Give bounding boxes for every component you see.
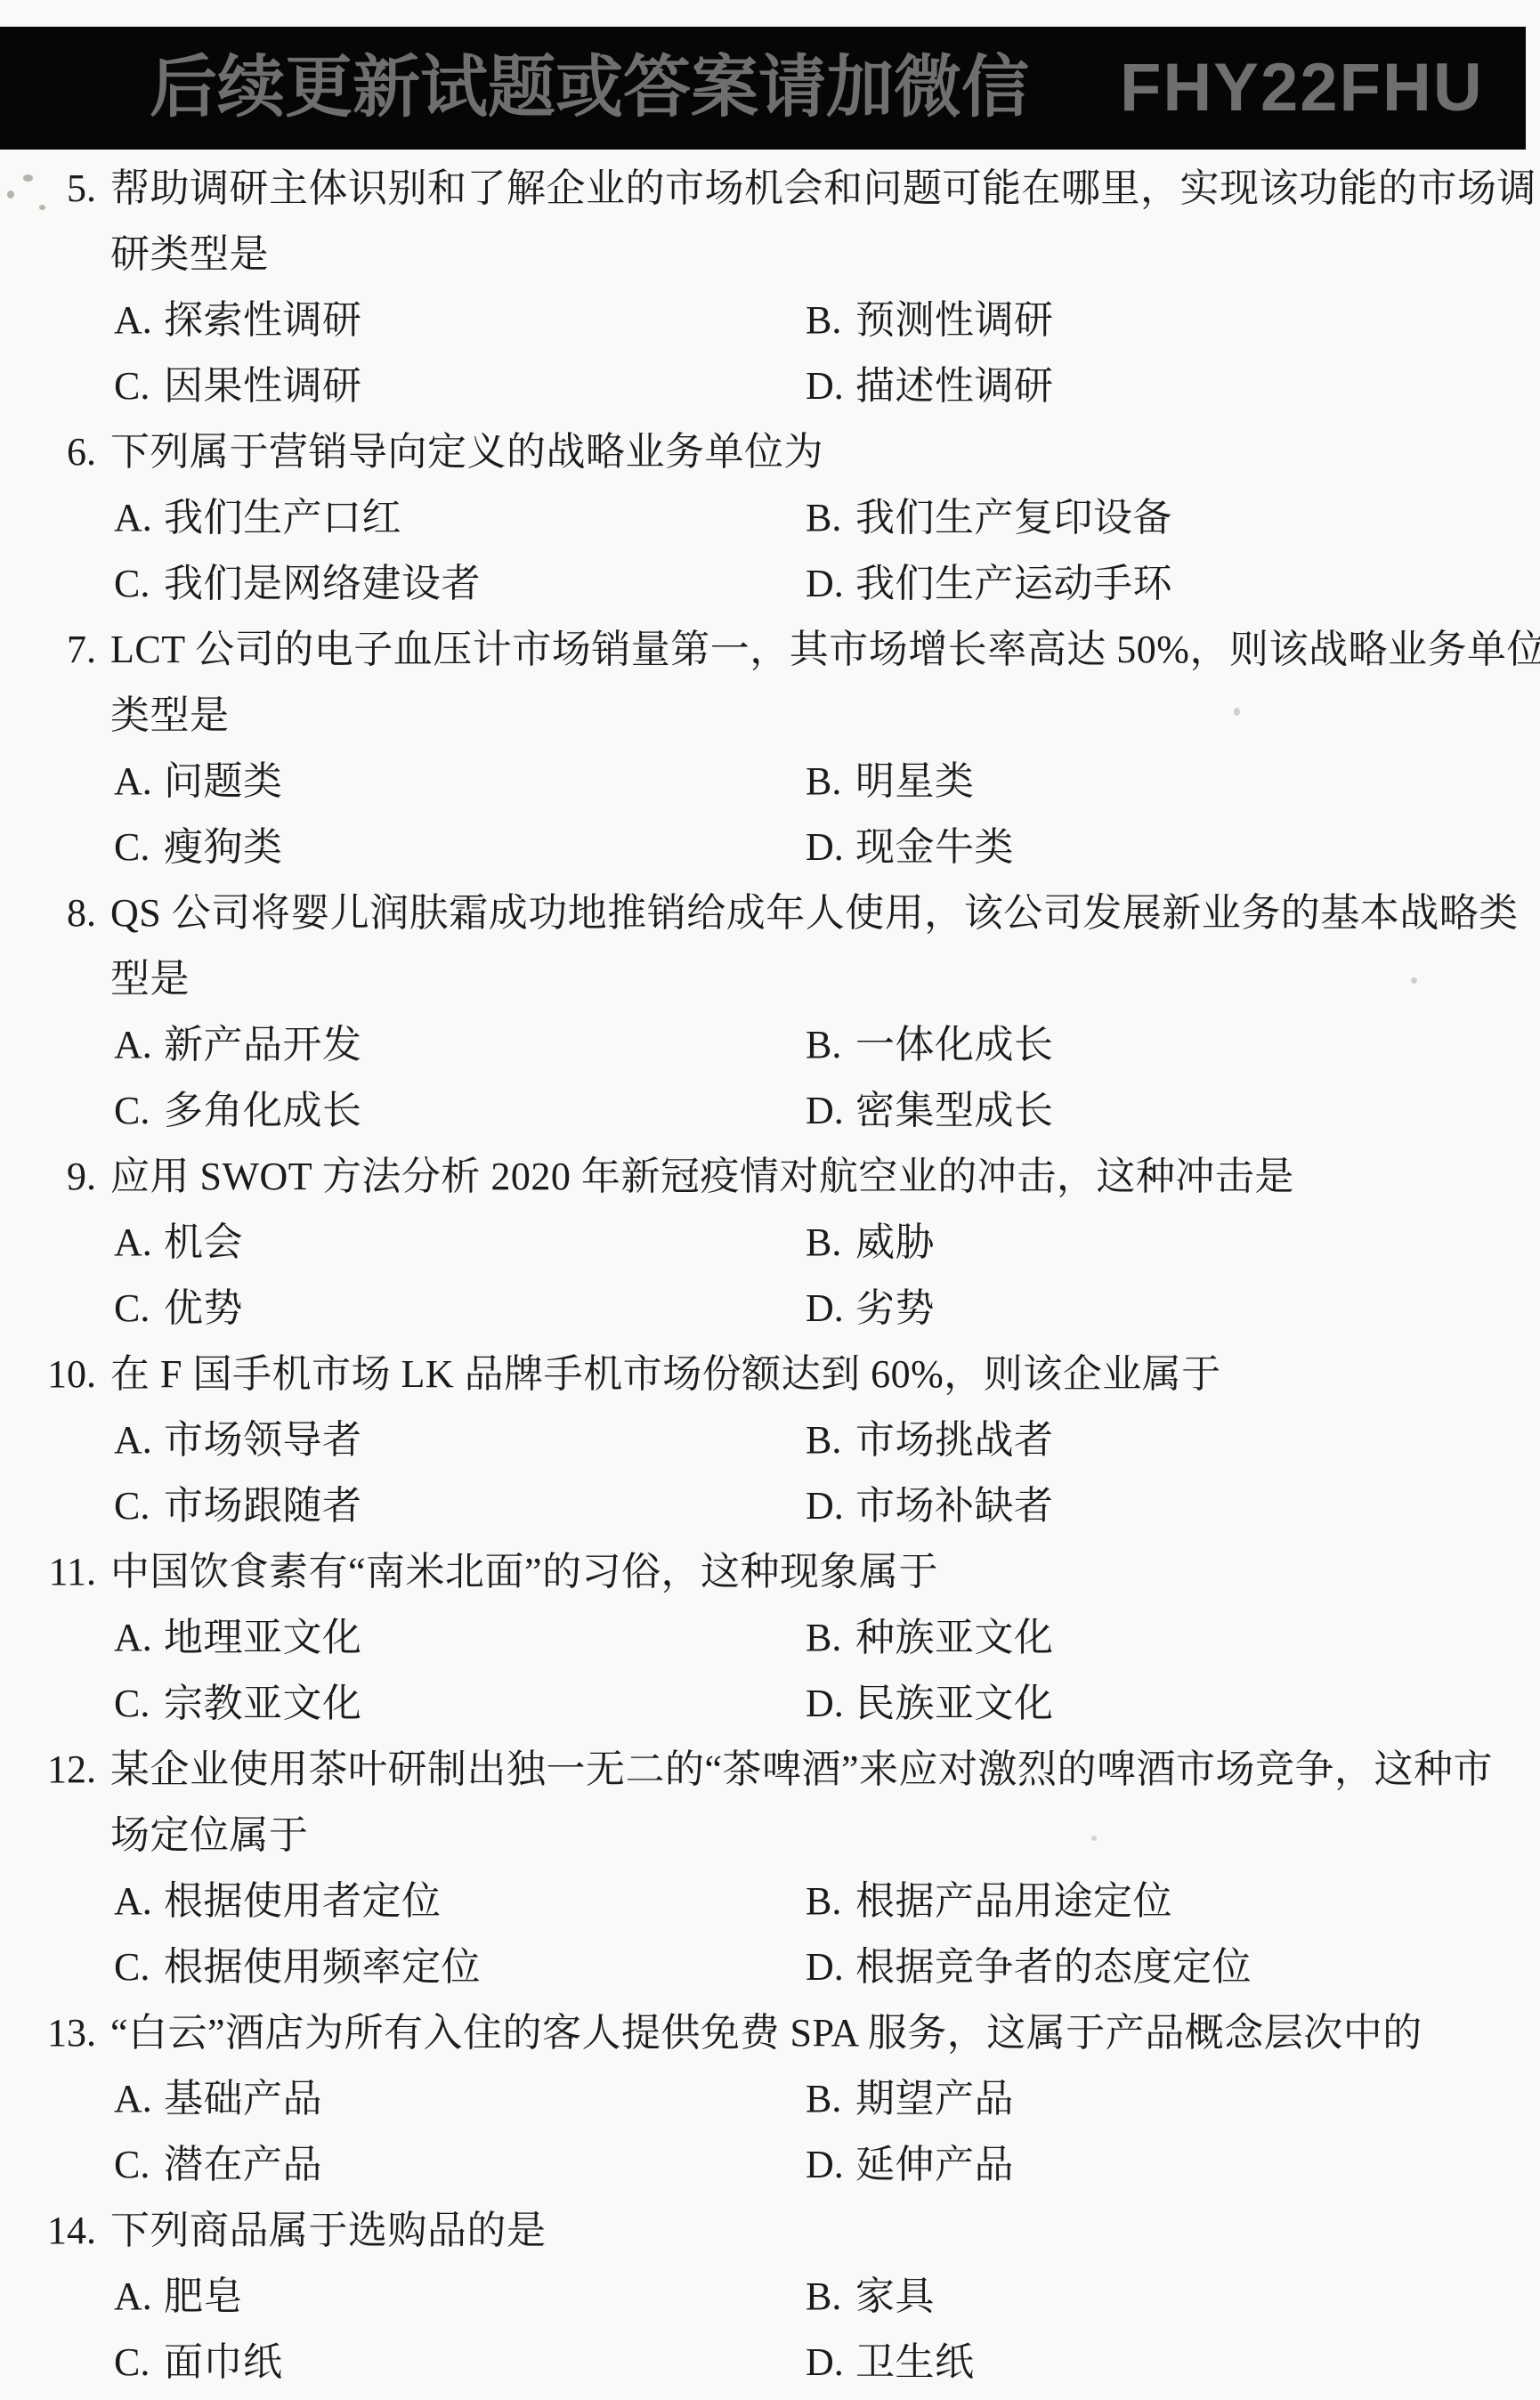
- option-label: A.: [114, 1407, 164, 1473]
- question-stem-continuation: 研类型是: [0, 222, 1540, 288]
- question-stem: 某企业使用茶叶研制出独一无二的“茶啤酒”来应对激烈的啤酒市场竞争，这种市: [110, 1737, 1493, 1803]
- option: B.我们生产复印设备: [806, 485, 1172, 551]
- option: C.潜在产品: [114, 2132, 322, 2198]
- option: C.我们是网络建设者: [114, 551, 481, 617]
- exam-question: 12.某企业使用茶叶研制出独一无二的“茶啤酒”来应对激烈的啤酒市场竞争，这种市场…: [0, 1737, 1540, 2000]
- option-text: 密集型成长: [855, 1078, 1054, 1144]
- option-label: D.: [806, 1276, 855, 1342]
- option-label: C.: [114, 815, 164, 880]
- option-label: D.: [806, 1078, 855, 1144]
- option-label: C.: [114, 1934, 164, 2000]
- option-row: C.优势D.劣势: [0, 1276, 1540, 1342]
- option-label: A.: [114, 1869, 164, 1934]
- option-label: B.: [806, 1605, 855, 1671]
- option-text: 延伸产品: [855, 2132, 1014, 2198]
- option-row: A.市场领导者B.市场挑战者: [0, 1407, 1540, 1473]
- option: D.我们生产运动手环: [806, 551, 1172, 617]
- option-label: C.: [114, 1473, 164, 1539]
- question-stem: 类型是: [110, 683, 230, 749]
- watermark-notice: 后续更新试题或答案请加微信: [150, 27, 1029, 150]
- question-number: 13.: [0, 2000, 96, 2066]
- option-text: 我们是网络建设者: [164, 551, 481, 617]
- option-label: A.: [114, 1012, 164, 1078]
- option-text: 根据使用者定位: [164, 1869, 442, 1934]
- option-label: C.: [114, 2132, 164, 2198]
- scan-artifact: [1091, 1836, 1097, 1841]
- option-label: C.: [114, 1276, 164, 1342]
- exam-question: 9.应用 SWOT 方法分析 2020 年新冠疫情对航空业的冲击，这种冲击是A.…: [0, 1144, 1540, 1342]
- option: B.期望产品: [806, 2066, 1014, 2132]
- option-row: A.我们生产口红B.我们生产复印设备: [0, 485, 1540, 551]
- option-text: 我们生产复印设备: [855, 485, 1172, 551]
- option-label: B.: [806, 1012, 855, 1078]
- option-text: 民族亚文化: [855, 1671, 1054, 1737]
- exam-question: 5.帮助调研主体识别和了解企业的市场机会和问题可能在哪里，实现该功能的市场调研类…: [0, 156, 1540, 419]
- option-text: 我们生产运动手环: [855, 551, 1172, 617]
- option: B.种族亚文化: [806, 1605, 1054, 1671]
- option-row: C.潜在产品D.延伸产品: [0, 2132, 1540, 2198]
- question-stem-row: 11.中国饮食素有“南米北面”的习俗，这种现象属于: [0, 1539, 1540, 1605]
- exam-question: 10.在 F 国手机市场 LK 品牌手机市场份额达到 60%，则该企业属于A.市…: [0, 1342, 1540, 1539]
- question-number: 9.: [0, 1144, 96, 1210]
- option-text: 多角化成长: [164, 1078, 362, 1144]
- option: B.根据产品用途定位: [806, 1869, 1172, 1934]
- option-text: 市场跟随者: [164, 1473, 362, 1539]
- option: B.家具: [806, 2264, 935, 2330]
- option-text: 期望产品: [855, 2066, 1014, 2132]
- option-label: D.: [806, 1473, 855, 1539]
- option: A.我们生产口红: [114, 485, 401, 551]
- option-text: 基础产品: [164, 2066, 322, 2132]
- option: A.基础产品: [114, 2066, 322, 2132]
- option-label: B.: [806, 749, 855, 815]
- option: D.描述性调研: [806, 353, 1054, 419]
- option: A.肥皂: [114, 2264, 243, 2330]
- option-label: B.: [806, 1869, 855, 1934]
- option-row: A.机会B.威胁: [0, 1210, 1540, 1276]
- exam-page: 后续更新试题或答案请加微信 FHY22FHU 5.帮助调研主体识别和了解企业的市…: [0, 0, 1540, 2400]
- option-row: C.我们是网络建设者D.我们生产运动手环: [0, 551, 1540, 617]
- option: A.新产品开发: [114, 1012, 362, 1078]
- option-text: 宗教亚文化: [164, 1671, 362, 1737]
- option-label: D.: [806, 2132, 855, 2198]
- option-text: 劣势: [855, 1276, 935, 1342]
- option-text: 问题类: [164, 749, 283, 815]
- option-label: D.: [806, 1671, 855, 1737]
- question-stem: 型是: [110, 946, 190, 1012]
- wechat-code: FHY22FHU: [1120, 27, 1484, 150]
- exam-question: 11.中国饮食素有“南米北面”的习俗，这种现象属于A.地理亚文化B.种族亚文化C…: [0, 1539, 1540, 1737]
- scan-artifact: [1411, 977, 1417, 984]
- option: B.一体化成长: [806, 1012, 1054, 1078]
- option: B.预测性调研: [806, 288, 1054, 353]
- option-text: 预测性调研: [855, 288, 1054, 353]
- option-text: 现金牛类: [855, 815, 1014, 880]
- option-label: A.: [114, 288, 164, 353]
- option-row: A.基础产品B.期望产品: [0, 2066, 1540, 2132]
- option-text: 根据使用频率定位: [164, 1934, 481, 2000]
- option-text: 潜在产品: [164, 2132, 322, 2198]
- option-text: 市场补缺者: [855, 1473, 1054, 1539]
- option-text: 面巾纸: [164, 2330, 283, 2396]
- option-text: 新产品开发: [164, 1012, 362, 1078]
- question-stem-row: 7.LCT 公司的电子血压计市场销量第一，其市场增长率高达 50%，则该战略业务…: [0, 617, 1540, 683]
- option-text: 家具: [855, 2264, 935, 2330]
- question-stem-continuation: 类型是: [0, 683, 1540, 749]
- option-label: A.: [114, 749, 164, 815]
- exam-question: 14.下列商品属于选购品的是A.肥皂B.家具C.面巾纸D.卫生纸: [0, 2198, 1540, 2396]
- option: A.地理亚文化: [114, 1605, 362, 1671]
- watermark-banner: 后续更新试题或答案请加微信 FHY22FHU: [0, 27, 1526, 150]
- option-text: 描述性调研: [855, 353, 1054, 419]
- question-stem-row: 13.“白云”酒店为所有入住的客人提供免费 SPA 服务，这属于产品概念层次中的: [0, 2000, 1540, 2066]
- option-text: 机会: [164, 1210, 243, 1276]
- option-label: A.: [114, 1605, 164, 1671]
- option: C.优势: [114, 1276, 243, 1342]
- option: D.延伸产品: [806, 2132, 1014, 2198]
- exam-question: 6.下列属于营销导向定义的战略业务单位为A.我们生产口红B.我们生产复印设备C.…: [0, 419, 1540, 617]
- option-text: 明星类: [855, 749, 975, 815]
- question-stem: LCT 公司的电子血压计市场销量第一，其市场增长率高达 50%，则该战略业务单位: [110, 617, 1540, 683]
- option-text: 卫生纸: [855, 2330, 975, 2396]
- question-stem-row: 10.在 F 国手机市场 LK 品牌手机市场份额达到 60%，则该企业属于: [0, 1342, 1540, 1407]
- option: D.民族亚文化: [806, 1671, 1054, 1737]
- option-row: C.多角化成长D.密集型成长: [0, 1078, 1540, 1144]
- option-text: 根据竞争者的态度定位: [855, 1934, 1252, 2000]
- question-stem: QS 公司将婴儿润肤霜成功地推销给成年人使用，该公司发展新业务的基本战略类: [110, 880, 1519, 946]
- option: A.根据使用者定位: [114, 1869, 442, 1934]
- question-number: 6.: [0, 419, 96, 485]
- option-text: 因果性调研: [164, 353, 362, 419]
- option-row: A.新产品开发B.一体化成长: [0, 1012, 1540, 1078]
- question-number: 10.: [0, 1342, 96, 1407]
- option: C.瘦狗类: [114, 815, 283, 880]
- option: D.密集型成长: [806, 1078, 1054, 1144]
- option: B.市场挑战者: [806, 1407, 1054, 1473]
- option-text: 优势: [164, 1276, 243, 1342]
- option-label: A.: [114, 2066, 164, 2132]
- option: C.面巾纸: [114, 2330, 283, 2396]
- option-text: 地理亚文化: [164, 1605, 362, 1671]
- option-label: C.: [114, 2330, 164, 2396]
- option: A.问题类: [114, 749, 283, 815]
- option-label: C.: [114, 1078, 164, 1144]
- question-stem-continuation: 型是: [0, 946, 1540, 1012]
- option-row: A.肥皂B.家具: [0, 2264, 1540, 2330]
- option-text: 探索性调研: [164, 288, 362, 353]
- question-stem-row: 5.帮助调研主体识别和了解企业的市场机会和问题可能在哪里，实现该功能的市场调: [0, 156, 1540, 222]
- option: C.宗教亚文化: [114, 1671, 362, 1737]
- option-row: C.瘦狗类D.现金牛类: [0, 815, 1540, 880]
- option: C.多角化成长: [114, 1078, 362, 1144]
- option-label: B.: [806, 1407, 855, 1473]
- question-number: 7.: [0, 617, 96, 683]
- option-row: C.市场跟随者D.市场补缺者: [0, 1473, 1540, 1539]
- option-row: A.根据使用者定位B.根据产品用途定位: [0, 1869, 1540, 1934]
- option-label: B.: [806, 1210, 855, 1276]
- option-label: D.: [806, 1934, 855, 2000]
- option-label: B.: [806, 288, 855, 353]
- option-text: 市场挑战者: [855, 1407, 1054, 1473]
- option: D.卫生纸: [806, 2330, 975, 2396]
- scan-artifact: [1234, 708, 1240, 716]
- question-stem-continuation: 场定位属于: [0, 1803, 1540, 1869]
- option-text: 我们生产口红: [164, 485, 401, 551]
- option: C.因果性调研: [114, 353, 362, 419]
- option-text: 市场领导者: [164, 1407, 362, 1473]
- option: C.市场跟随者: [114, 1473, 362, 1539]
- question-stem-row: 14.下列商品属于选购品的是: [0, 2198, 1540, 2264]
- option-row: A.探索性调研B.预测性调研: [0, 288, 1540, 353]
- option: B.威胁: [806, 1210, 935, 1276]
- question-number: 8.: [0, 880, 96, 946]
- option-label: B.: [806, 2066, 855, 2132]
- question-stem: 下列属于营销导向定义的战略业务单位为: [110, 419, 823, 485]
- question-number: 5.: [0, 156, 96, 222]
- option-label: A.: [114, 1210, 164, 1276]
- question-stem: “白云”酒店为所有入住的客人提供免费 SPA 服务，这属于产品概念层次中的: [110, 2000, 1422, 2066]
- option: A.探索性调研: [114, 288, 362, 353]
- option: D.现金牛类: [806, 815, 1014, 880]
- question-stem-row: 9.应用 SWOT 方法分析 2020 年新冠疫情对航空业的冲击，这种冲击是: [0, 1144, 1540, 1210]
- option-row: C.面巾纸D.卫生纸: [0, 2330, 1540, 2396]
- option-label: A.: [114, 485, 164, 551]
- option-label: B.: [806, 2264, 855, 2330]
- question-stem: 中国饮食素有“南米北面”的习俗，这种现象属于: [110, 1539, 938, 1605]
- question-list: 5.帮助调研主体识别和了解企业的市场机会和问题可能在哪里，实现该功能的市场调研类…: [0, 156, 1540, 2396]
- option-label: C.: [114, 1671, 164, 1737]
- exam-question: 13.“白云”酒店为所有入住的客人提供免费 SPA 服务，这属于产品概念层次中的…: [0, 2000, 1540, 2198]
- question-stem-row: 6.下列属于营销导向定义的战略业务单位为: [0, 419, 1540, 485]
- option-label: D.: [806, 2330, 855, 2396]
- option-row: C.因果性调研D.描述性调研: [0, 353, 1540, 419]
- exam-question: 7.LCT 公司的电子血压计市场销量第一，其市场增长率高达 50%，则该战略业务…: [0, 617, 1540, 880]
- option-text: 瘦狗类: [164, 815, 283, 880]
- option-text: 威胁: [855, 1210, 935, 1276]
- exam-question: 8.QS 公司将婴儿润肤霜成功地推销给成年人使用，该公司发展新业务的基本战略类型…: [0, 880, 1540, 1144]
- option-label: C.: [114, 353, 164, 419]
- question-stem: 场定位属于: [110, 1803, 309, 1869]
- question-number: 14.: [0, 2198, 96, 2264]
- option-label: C.: [114, 551, 164, 617]
- option: C.根据使用频率定位: [114, 1934, 481, 2000]
- option-text: 肥皂: [164, 2264, 243, 2330]
- question-stem-row: 8.QS 公司将婴儿润肤霜成功地推销给成年人使用，该公司发展新业务的基本战略类: [0, 880, 1540, 946]
- option-label: A.: [114, 2264, 164, 2330]
- option-label: D.: [806, 815, 855, 880]
- option: D.劣势: [806, 1276, 935, 1342]
- option-row: C.宗教亚文化D.民族亚文化: [0, 1671, 1540, 1737]
- scan-artifact: [39, 205, 45, 210]
- question-stem: 在 F 国手机市场 LK 品牌手机市场份额达到 60%，则该企业属于: [110, 1342, 1221, 1407]
- option-row: A.问题类B.明星类: [0, 749, 1540, 815]
- option-row: A.地理亚文化B.种族亚文化: [0, 1605, 1540, 1671]
- option-label: B.: [806, 485, 855, 551]
- option: A.机会: [114, 1210, 243, 1276]
- option: D.根据竞争者的态度定位: [806, 1934, 1252, 2000]
- question-stem: 下列商品属于选购品的是: [110, 2198, 547, 2264]
- option-label: D.: [806, 353, 855, 419]
- option-label: D.: [806, 551, 855, 617]
- option-row: C.根据使用频率定位D.根据竞争者的态度定位: [0, 1934, 1540, 2000]
- scan-artifact: [7, 191, 14, 199]
- option: B.明星类: [806, 749, 975, 815]
- question-stem: 帮助调研主体识别和了解企业的市场机会和问题可能在哪里，实现该功能的市场调: [110, 156, 1536, 222]
- question-number: 11.: [0, 1539, 96, 1605]
- question-stem: 应用 SWOT 方法分析 2020 年新冠疫情对航空业的冲击，这种冲击是: [110, 1144, 1294, 1210]
- question-number: 12.: [0, 1737, 96, 1803]
- option: D.市场补缺者: [806, 1473, 1054, 1539]
- option-text: 根据产品用途定位: [855, 1869, 1172, 1934]
- option-text: 一体化成长: [855, 1012, 1054, 1078]
- scan-artifact: [23, 174, 33, 182]
- question-stem-row: 12.某企业使用茶叶研制出独一无二的“茶啤酒”来应对激烈的啤酒市场竞争，这种市: [0, 1737, 1540, 1803]
- question-stem: 研类型是: [110, 222, 269, 288]
- option-text: 种族亚文化: [855, 1605, 1054, 1671]
- option: A.市场领导者: [114, 1407, 362, 1473]
